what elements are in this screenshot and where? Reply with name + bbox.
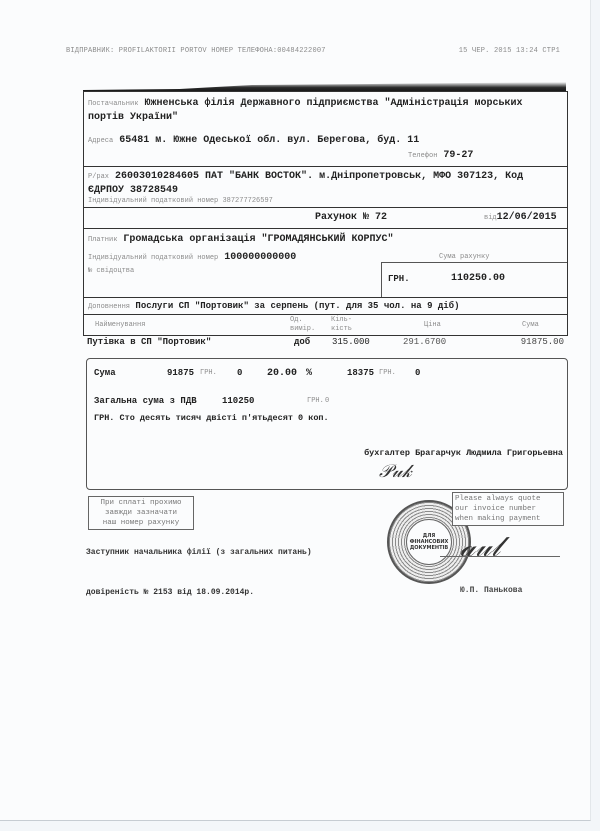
- table-header: Найменування Од. вимір. Кіль-кість Ціна …: [83, 314, 568, 336]
- col-header-unit: Од. вимір.: [290, 316, 320, 334]
- power-of-attorney: довіреність № 2153 від 18.09.2014р.: [86, 588, 254, 597]
- addition-label: Доповнення: [88, 303, 130, 311]
- payer-name: Громадська організація "ГРОМАДЯНСЬКИЙ КО…: [123, 234, 393, 245]
- signer-name: Ю.П. Панькова: [460, 586, 522, 595]
- supplier-tax-number: 387277726597: [222, 197, 272, 205]
- note-ua-line-3: наш номер рахунку: [91, 518, 191, 528]
- supplier-tax-label: Індивідуальний податковий номер: [88, 197, 218, 205]
- addition-text: Послуги СП "Портовик" за серпень (пут. д…: [135, 301, 459, 311]
- row-sum: 91875.00: [521, 337, 564, 347]
- payment-note-ua: При сплаті прохимо завжди зазначати наш …: [88, 496, 194, 530]
- row-unit: доб: [294, 337, 310, 347]
- vat-percent-sign: %: [306, 368, 312, 379]
- row-qty: 315.000: [332, 337, 370, 347]
- fax-header: ВІДПРАВНИК: PROFILAKTORII PORTOV НОМЕР Т…: [66, 47, 560, 55]
- col-header-sum: Сума: [522, 321, 539, 329]
- vat-rate: 20.00: [267, 368, 297, 379]
- invoice-sum-label: Сума рахунку: [439, 253, 489, 261]
- supplier-box: Постачальник Южненська філія Державного …: [83, 91, 568, 167]
- supplier-name: Южненська філія Державного підприємства …: [88, 98, 523, 123]
- invoice-title: Рахунок № 72: [315, 212, 387, 223]
- row-price: 291.6700: [403, 337, 446, 347]
- note-ua-line-2: завжди зазначати: [91, 508, 191, 518]
- note-en-line-2: our invoice number: [455, 504, 561, 514]
- note-en-line-3: when making payment: [455, 514, 561, 524]
- accountant-signature: 𝒫𝓊𝓀: [379, 461, 412, 482]
- invoice-sum-value: 110250.00: [451, 273, 505, 284]
- total-with-vat: 110250: [222, 396, 254, 406]
- payer-label: Платник: [88, 236, 117, 244]
- fax-sender: ВІДПРАВНИК: PROFILAKTORII PORTOV НОМЕР Т…: [66, 47, 326, 55]
- invoice-date-label: від: [484, 214, 497, 222]
- invoice-sum-box: ГРН. 110250.00: [381, 262, 567, 297]
- col-header-price: Ціна: [424, 321, 441, 329]
- col-header-name: Найменування: [95, 321, 145, 329]
- total-currency: ГРН.: [307, 397, 324, 405]
- totals-sum-currency: ГРН.: [200, 369, 217, 377]
- deputy-title: Заступник начальника філії (з загальних …: [86, 548, 312, 557]
- total-with-vat-label: Загальна сума з ПДВ: [94, 396, 197, 406]
- note-en-line-1: Please always quote: [455, 494, 561, 504]
- vat-currency: ГРН.: [379, 369, 396, 377]
- payer-box: Платник Громадська організація "ГРОМАДЯН…: [83, 228, 568, 298]
- supplier-phone: 79-27: [443, 150, 473, 161]
- invoice-number-box: Рахунок № 72 від12/06/2015: [83, 207, 568, 229]
- signature-line: [440, 556, 560, 557]
- phone-label: Телефон: [408, 152, 437, 160]
- addition-box: Доповнення Послуги СП "Портовик" за серп…: [83, 297, 568, 315]
- payment-note-en: Please always quote our invoice number w…: [452, 492, 564, 526]
- bank-box: Р/рах 26003010284605 ПАТ "БАНК ВОСТОК". …: [83, 166, 568, 208]
- payer-tax-label: Індивідуальний податковий номер: [88, 254, 218, 262]
- supplier-label: Постачальник: [88, 100, 138, 108]
- totals-sum: 91875: [167, 368, 194, 378]
- deputy-signature: 𝒶𝓊𝓁: [460, 530, 500, 564]
- vat-amount: 18375: [347, 368, 374, 378]
- supplier-address: 65481 м. Южне Одеської обл. вул. Берегов…: [119, 135, 419, 146]
- bank-account: 26003010284605 ПАТ "БАНК ВОСТОК". м.Дніп…: [88, 171, 523, 196]
- stamp-line-3: ДОКУМЕНТІВ: [407, 545, 451, 551]
- address-label: Адреса: [88, 137, 113, 145]
- row-item-name: Путівка в СП "Портовик": [87, 337, 211, 347]
- cert-label: № свідоцтва: [88, 267, 134, 275]
- scanned-invoice-page: ВІДПРАВНИК: PROFILAKTORII PORTOV НОМЕР Т…: [0, 0, 591, 821]
- col-header-qty: Кіль-кість: [331, 316, 361, 334]
- payer-tax-number: 100000000000: [224, 252, 296, 263]
- account-label: Р/рах: [88, 173, 109, 181]
- invoice-date: 12/06/2015: [497, 212, 557, 223]
- accountant-name: бухгалтер Брагарчук Людмила Григорьевна: [364, 448, 563, 458]
- invoice-sum-currency: ГРН.: [388, 274, 410, 284]
- totals-sum-kop: 0: [237, 368, 242, 378]
- table-row: Путівка в СП "Портовик" доб 315.000 291.…: [83, 337, 566, 349]
- fax-datetime: 15 ЧЕР. 2015 13:24 СТР1: [459, 47, 560, 55]
- vat-kop: 0: [415, 368, 420, 378]
- total-kop: 0: [325, 397, 329, 405]
- note-ua-line-1: При сплаті прохимо: [91, 498, 191, 508]
- totals-box: Сума 91875 ГРН. 0 20.00 % 18375 ГРН. 0 З…: [86, 358, 568, 490]
- totals-sum-label: Сума: [94, 368, 116, 378]
- total-in-words: ГРН. Сто десять тисяч двісті п'ятьдесят …: [94, 413, 329, 423]
